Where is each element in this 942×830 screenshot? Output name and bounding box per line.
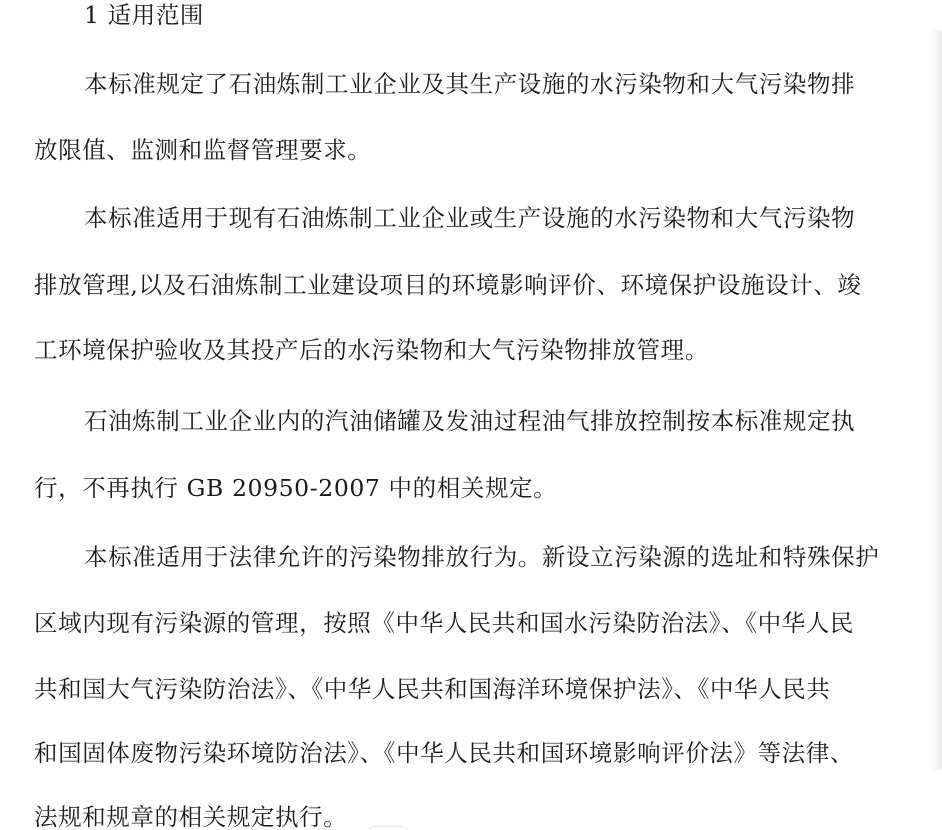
paragraph-line: 行，不再执行 GB 20950-2007 中的相关规定。 <box>34 473 557 503</box>
paragraph-line: 共和国大气污染防治法》、《中华人民共和国海洋环境保护法》、《中华人民共 <box>34 674 831 704</box>
paragraph-line: 本标准规定了石油炼制工业企业及其生产设施的水污染物和大气污染物排 <box>84 69 855 99</box>
paragraph-line: 区域内现有污染源的管理，按照《中华人民共和国水污染防治法》、《中华人民 <box>34 608 854 638</box>
paragraph-line: 本标准适用于法律允许的污染物排放行为。新设立污染源的选址和特殊保护 <box>84 542 879 572</box>
paragraph-line: 本标准适用于现有石油炼制工业企业或生产设施的水污染物和大气污染物 <box>84 203 855 233</box>
paragraph-line: 和国固体废物污染环境防治法》、《中华人民共和国环境影响评价法》等法律、 <box>34 738 854 768</box>
paragraph-line: 法规和规章的相关规定执行。 <box>34 802 347 830</box>
section-heading: 1 适用范围 <box>84 0 204 30</box>
page-bottom-handle <box>369 826 408 830</box>
paragraph-line: 排放管理,以及石油炼制工业建设项目的环境影响评价、环境保护设施设计、竣 <box>34 270 861 300</box>
document-page: 1 适用范围 本标准规定了石油炼制工业企业及其生产设施的水污染物和大气污染物排 … <box>0 0 942 830</box>
paragraph-line: 放限值、监测和监督管理要求。 <box>34 135 371 165</box>
paragraph-line: 石油炼制工业企业内的汽油储罐及发油过程油气排放控制按本标准规定执 <box>84 406 855 436</box>
page-edge-shadow <box>928 30 942 770</box>
paragraph-line: 工环境保护验收及其投产后的水污染物和大气污染物排放管理。 <box>34 335 709 365</box>
